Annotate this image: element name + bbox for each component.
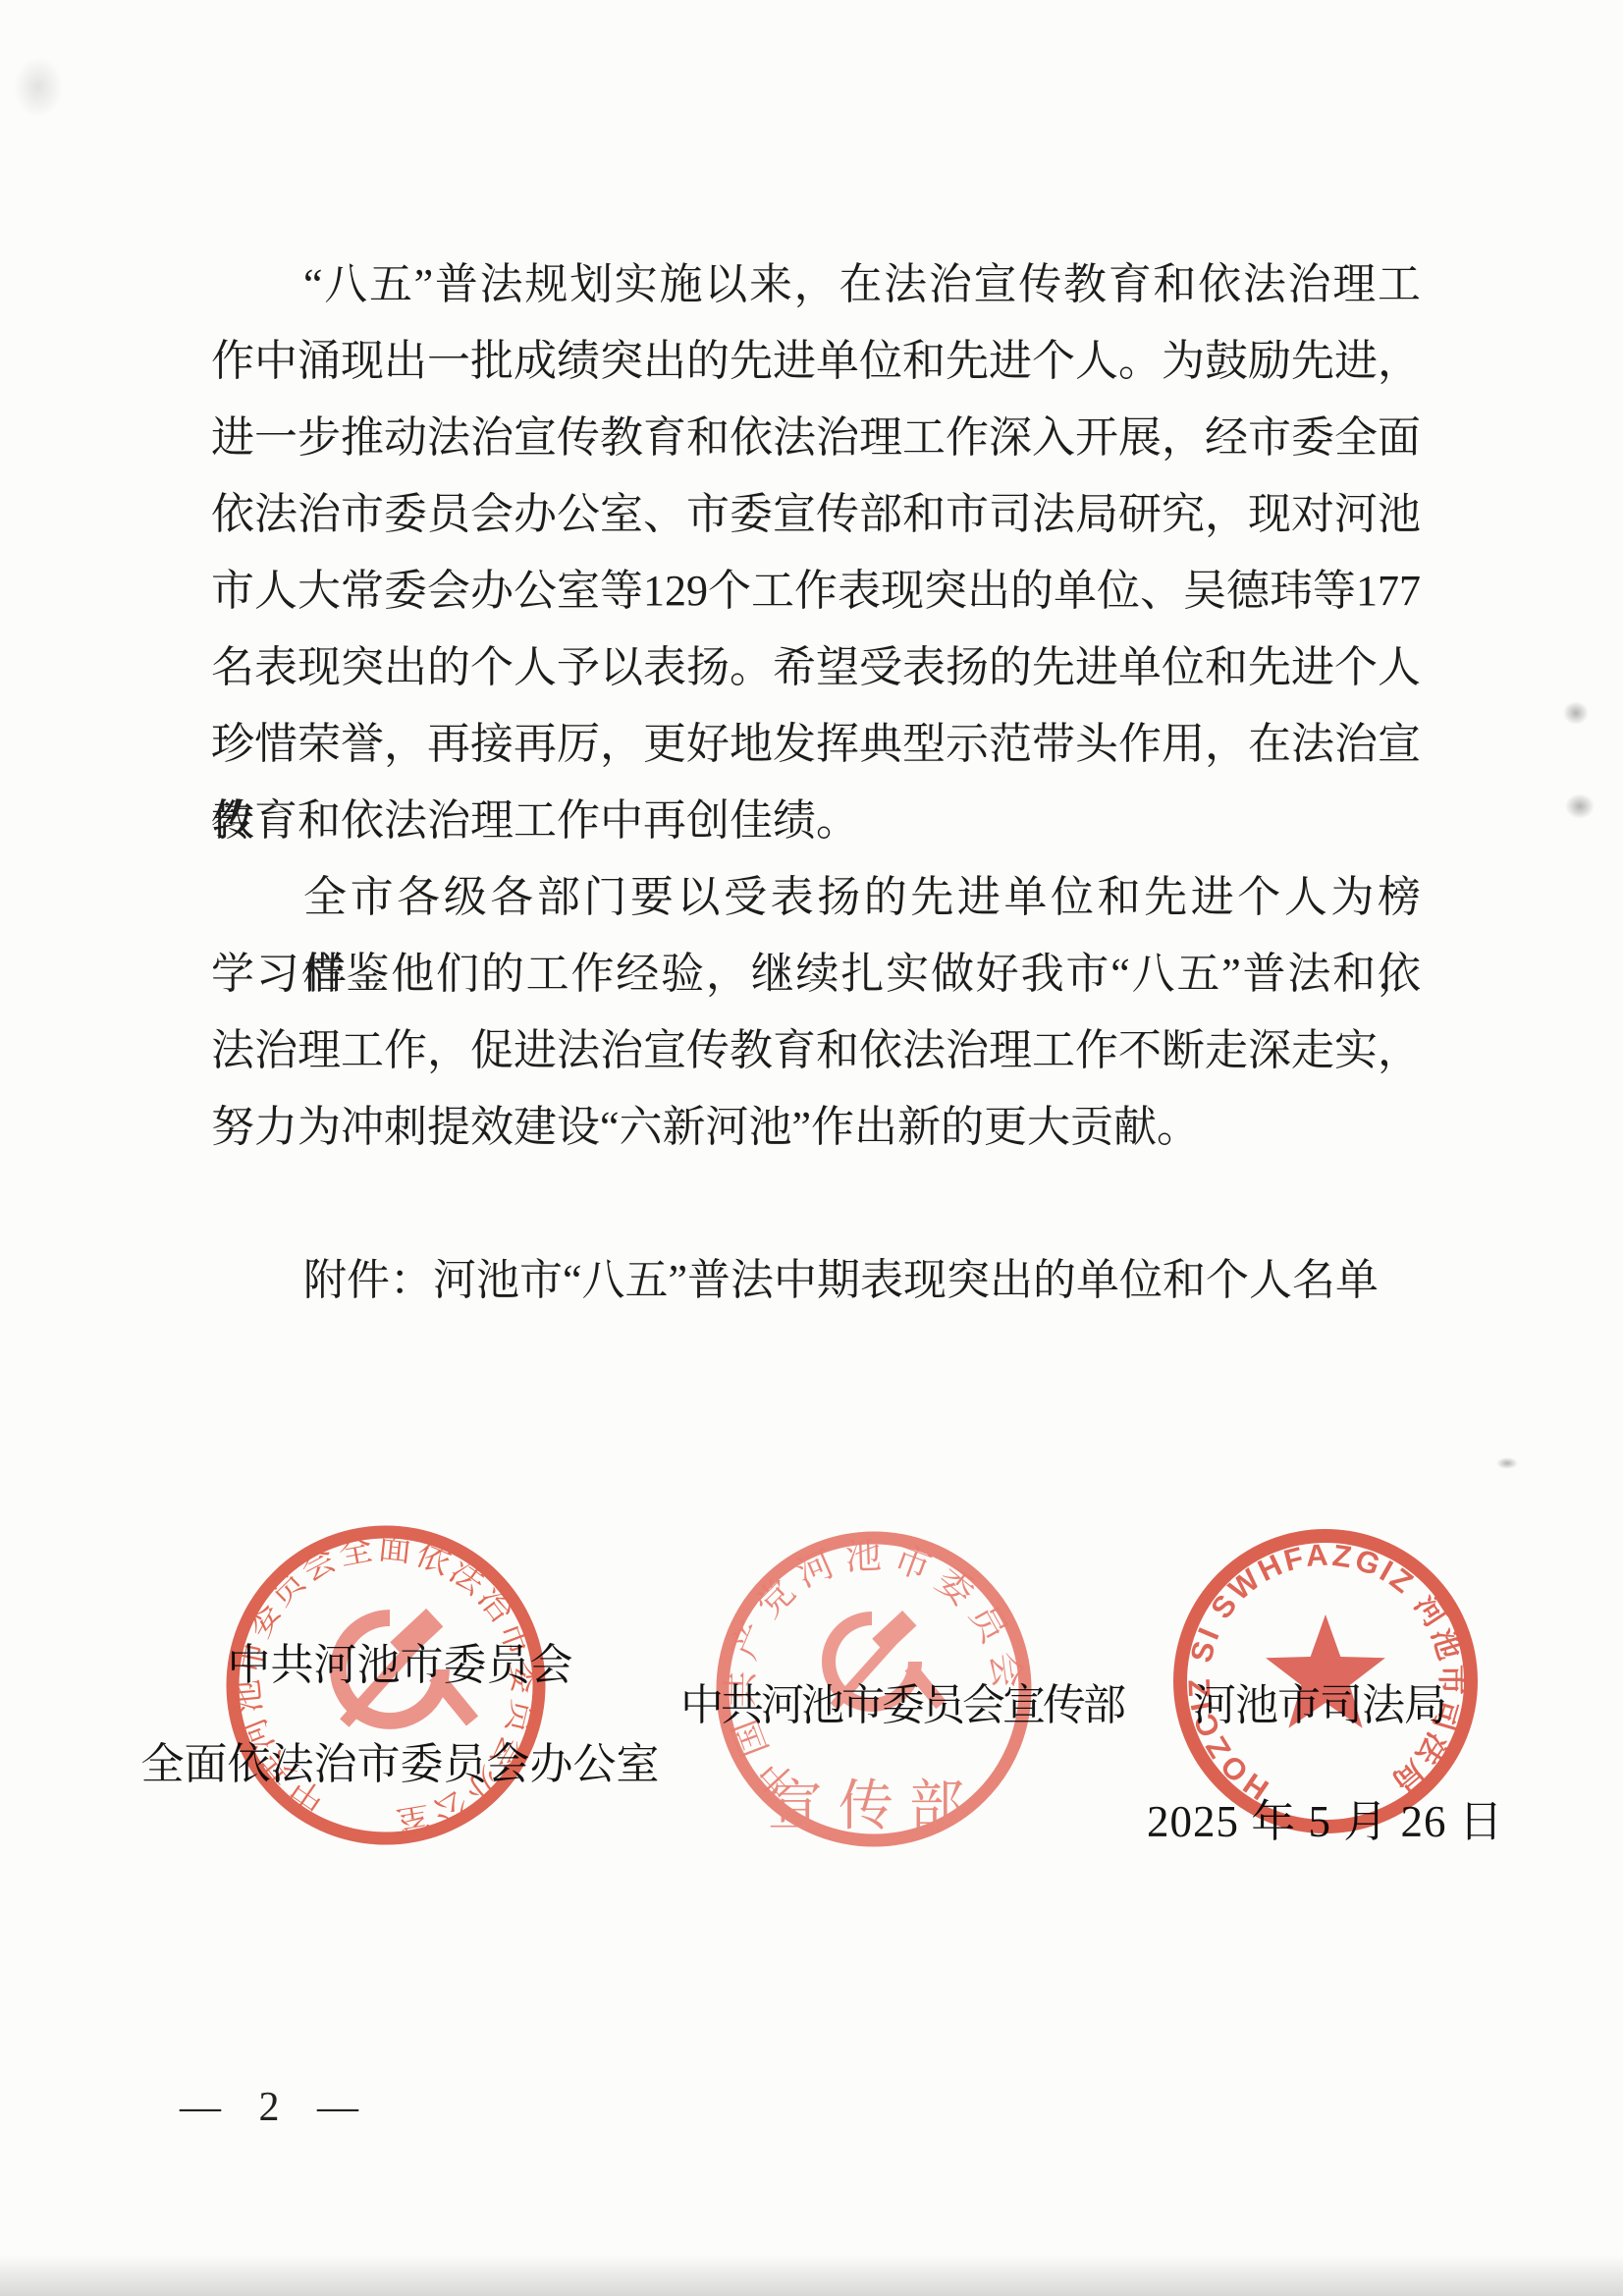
scan-edge-shadow (0, 2255, 1623, 2296)
seal-justice-bureau: HOZCIZ SI SWHFAZGIZ 河池市司法局 (1180, 1536, 1471, 1827)
scan-smudge (14, 57, 63, 118)
seals-layer: 中共河池市委员会全面依法治市委员会办公室 中国共产党河池市委员会 宣传部 HOZ… (0, 0, 1623, 2296)
scan-speck (1565, 793, 1595, 819)
hammer-and-sickle-icon (330, 1609, 472, 1729)
scan-speck (1563, 701, 1589, 725)
hammer-and-sickle-icon (822, 1611, 941, 1712)
seal-bottom-text: 宣传部 (768, 1777, 980, 1837)
seal-committee-office: 中共河池市委员会全面依法治市委员会办公室 (229, 1529, 542, 1841)
scan-speck (1496, 1457, 1518, 1469)
red-star-icon (1266, 1614, 1385, 1728)
document-page: “八五”普法规划实施以来，在法治宣传教育和依法治理工作中涌现出一批成绩突出的先进… (0, 0, 1623, 2296)
seal-propaganda-dept: 中国共产党河池市委员会 宣传部 (721, 1537, 1029, 1840)
